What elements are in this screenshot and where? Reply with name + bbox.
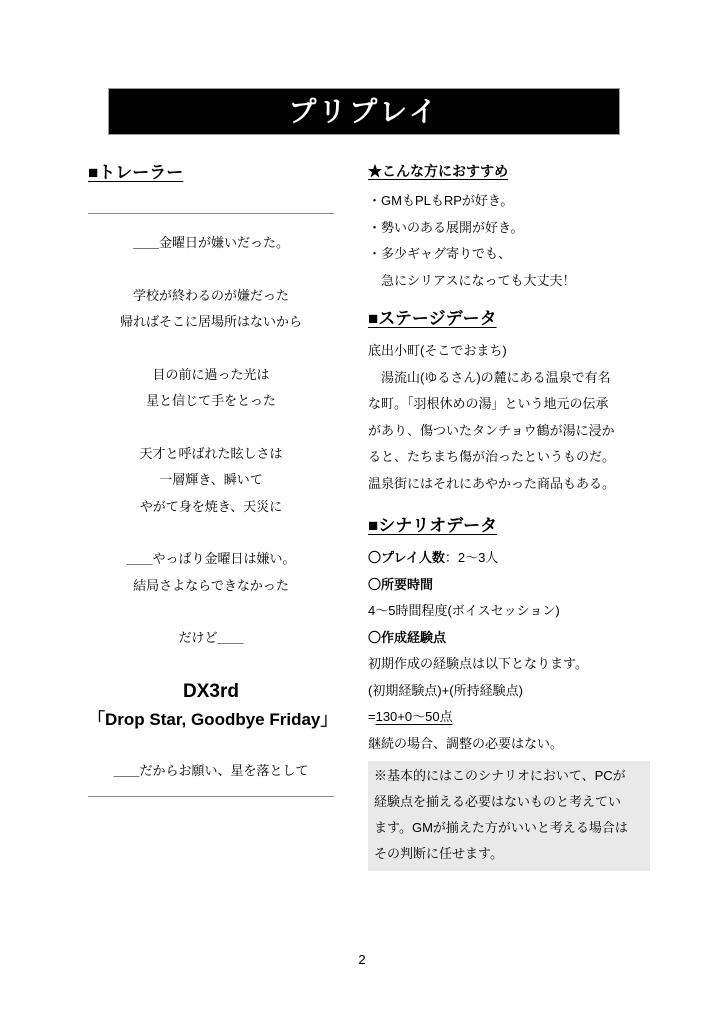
recommend-section: ★こんな方におすすめ ・GMもPLもRPが好き。 ・勢いのある展開が好き。 ・多…: [368, 162, 650, 294]
stage-data-line: 温泉街にはそれにあやかった商品もある。: [368, 471, 650, 498]
scenario-data-heading: ■シナリオデータ: [368, 515, 650, 537]
formula-equals: =: [368, 709, 376, 724]
scenario-title: 「Drop Star, Goodbye Friday」: [88, 706, 334, 734]
poem-line: 帰ればそこに居場所はないから: [88, 309, 334, 336]
page-title: プリプレイ: [288, 98, 439, 126]
recommend-list: ・GMもPLもRPが好き。 ・勢いのある展開が好き。 ・多少ギャグ寄りでも、 急…: [368, 188, 650, 294]
poem-stanza: 学校が終わるのが嫌だった 帰ればそこに居場所はないから: [88, 283, 334, 336]
required-time-value: 4～5時間程度(ボイスセッション): [368, 598, 650, 625]
page-title-banner: プリプレイ: [108, 88, 620, 135]
recommend-item: ・多少ギャグ寄りでも、: [368, 241, 650, 268]
poem-stanza: ＿＿やっぱり金曜日は嫌い。 結局さよならできなかった: [88, 546, 334, 599]
trailer-poem: ＿＿金曜日が嫌いだった。 学校が終わるのが嫌だった 帰ればそこに居場所はないから…: [88, 230, 334, 652]
poem-line: 結局さよならできなかった: [88, 573, 334, 600]
poem-stanza: だけど＿＿: [88, 625, 334, 652]
recommend-heading: ★こんな方におすすめ: [368, 162, 650, 180]
poem-line: 一層輝き、瞬いて: [88, 467, 334, 494]
page-number: 2: [0, 952, 724, 967]
xp-formula-result: =130+0～50点: [368, 704, 650, 731]
xp-continuation-note: 継続の場合、調整の必要はない。: [368, 731, 650, 758]
stage-data-line: な町。「羽根休めの湯」という地元の伝承: [368, 391, 650, 418]
required-time-label: 〇所要時間: [368, 572, 650, 599]
gm-note-line: その判断に任せます。: [374, 841, 644, 867]
recommend-item: 急にシリアスになっても大丈夫！: [368, 268, 650, 295]
stage-data-line: があり、傷ついたタンチョウ鶴が湯に浸か: [368, 418, 650, 445]
gm-note-line: ます。GMが揃えた方がいいと考える場合は: [374, 815, 644, 841]
scenario-data-section: ■シナリオデータ 〇プレイ人数：2～3人 〇所要時間 4～5時間程度(ボイスセッ…: [368, 515, 650, 871]
game-system-name: DX3rd: [88, 678, 334, 706]
data-column: ★こんな方におすすめ ・GMもPLもRPが好き。 ・勢いのある展開が好き。 ・多…: [368, 162, 650, 871]
stage-data-line: ると、たちまち傷が治ったというものだ。: [368, 444, 650, 471]
stage-data-section: ■ステージデータ 底出小町(そこでおまち) 湯流山(ゆるさん)の麓にある温泉で有…: [368, 308, 650, 497]
xp-intro-line: 初期作成の経験点は以下となります。: [368, 651, 650, 678]
stage-data-body: 底出小町(そこでおまち) 湯流山(ゆるさん)の麓にある温泉で有名 な町。「羽根休…: [368, 338, 650, 497]
poem-line: 星と信じて手をとった: [88, 388, 334, 415]
stage-data-line: 底出小町(そこでおまち): [368, 338, 650, 365]
player-count-label: 〇プレイ人数: [368, 550, 445, 565]
stage-data-line: 湯流山(ゆるさん)の麓にある温泉で有名: [368, 365, 650, 392]
trailer-heading: ■トレーラー: [88, 162, 334, 184]
player-count-value: ：2～3人: [445, 550, 498, 565]
poem-line: 天才と呼ばれた眩しさは: [88, 441, 334, 468]
recommend-item: ・勢いのある展開が好き。: [368, 215, 650, 242]
poem-line: やがて身を焼き、天災に: [88, 494, 334, 521]
xp-formula-line: (初期経験点)+(所持経験点): [368, 678, 650, 705]
xp-label: 〇作成経験点: [368, 625, 650, 652]
poem-line: だけど＿＿: [88, 625, 334, 652]
trailer-bottom-rule: [88, 796, 334, 797]
poem-line: 目の前に過った光は: [88, 362, 334, 389]
poem-stanza: 目の前に過った光は 星と信じて手をとった: [88, 362, 334, 415]
poem-stanza: ＿＿金曜日が嫌いだった。: [88, 230, 334, 257]
player-count-line: 〇プレイ人数：2～3人: [368, 545, 650, 572]
formula-value: 130+0～50点: [376, 709, 453, 724]
document-page: プリプレイ ■トレーラー ＿＿金曜日が嫌いだった。 学校が終わるのが嫌だった 帰…: [0, 0, 724, 1024]
recommend-item: ・GMもPLもRPが好き。: [368, 188, 650, 215]
gm-note-line: 経験点を揃える必要はないものと考えてい: [374, 789, 644, 815]
poem-line: ＿＿金曜日が嫌いだった。: [88, 230, 334, 257]
scenario-title-block: DX3rd 「Drop Star, Goodbye Friday」: [88, 678, 334, 734]
trailer-closing-line: ＿＿だからお願い、星を落として: [88, 758, 334, 785]
poem-line: 学校が終わるのが嫌だった: [88, 283, 334, 310]
stage-data-heading: ■ステージデータ: [368, 308, 650, 330]
trailer-top-rule: [88, 213, 334, 214]
trailer-column: ■トレーラー ＿＿金曜日が嫌いだった。 学校が終わるのが嫌だった 帰ればそこに居…: [88, 162, 334, 797]
gm-note-line: ※基本的にはこのシナリオにおいて、PCが: [374, 763, 644, 789]
scenario-data-body: 〇プレイ人数：2～3人 〇所要時間 4～5時間程度(ボイスセッション) 〇作成経…: [368, 545, 650, 757]
poem-line: ＿＿やっぱり金曜日は嫌い。: [88, 546, 334, 573]
poem-stanza: 天才と呼ばれた眩しさは 一層輝き、瞬いて やがて身を焼き、天災に: [88, 441, 334, 521]
gm-note-box: ※基本的にはこのシナリオにおいて、PCが 経験点を揃える必要はないものと考えてい…: [368, 761, 650, 871]
